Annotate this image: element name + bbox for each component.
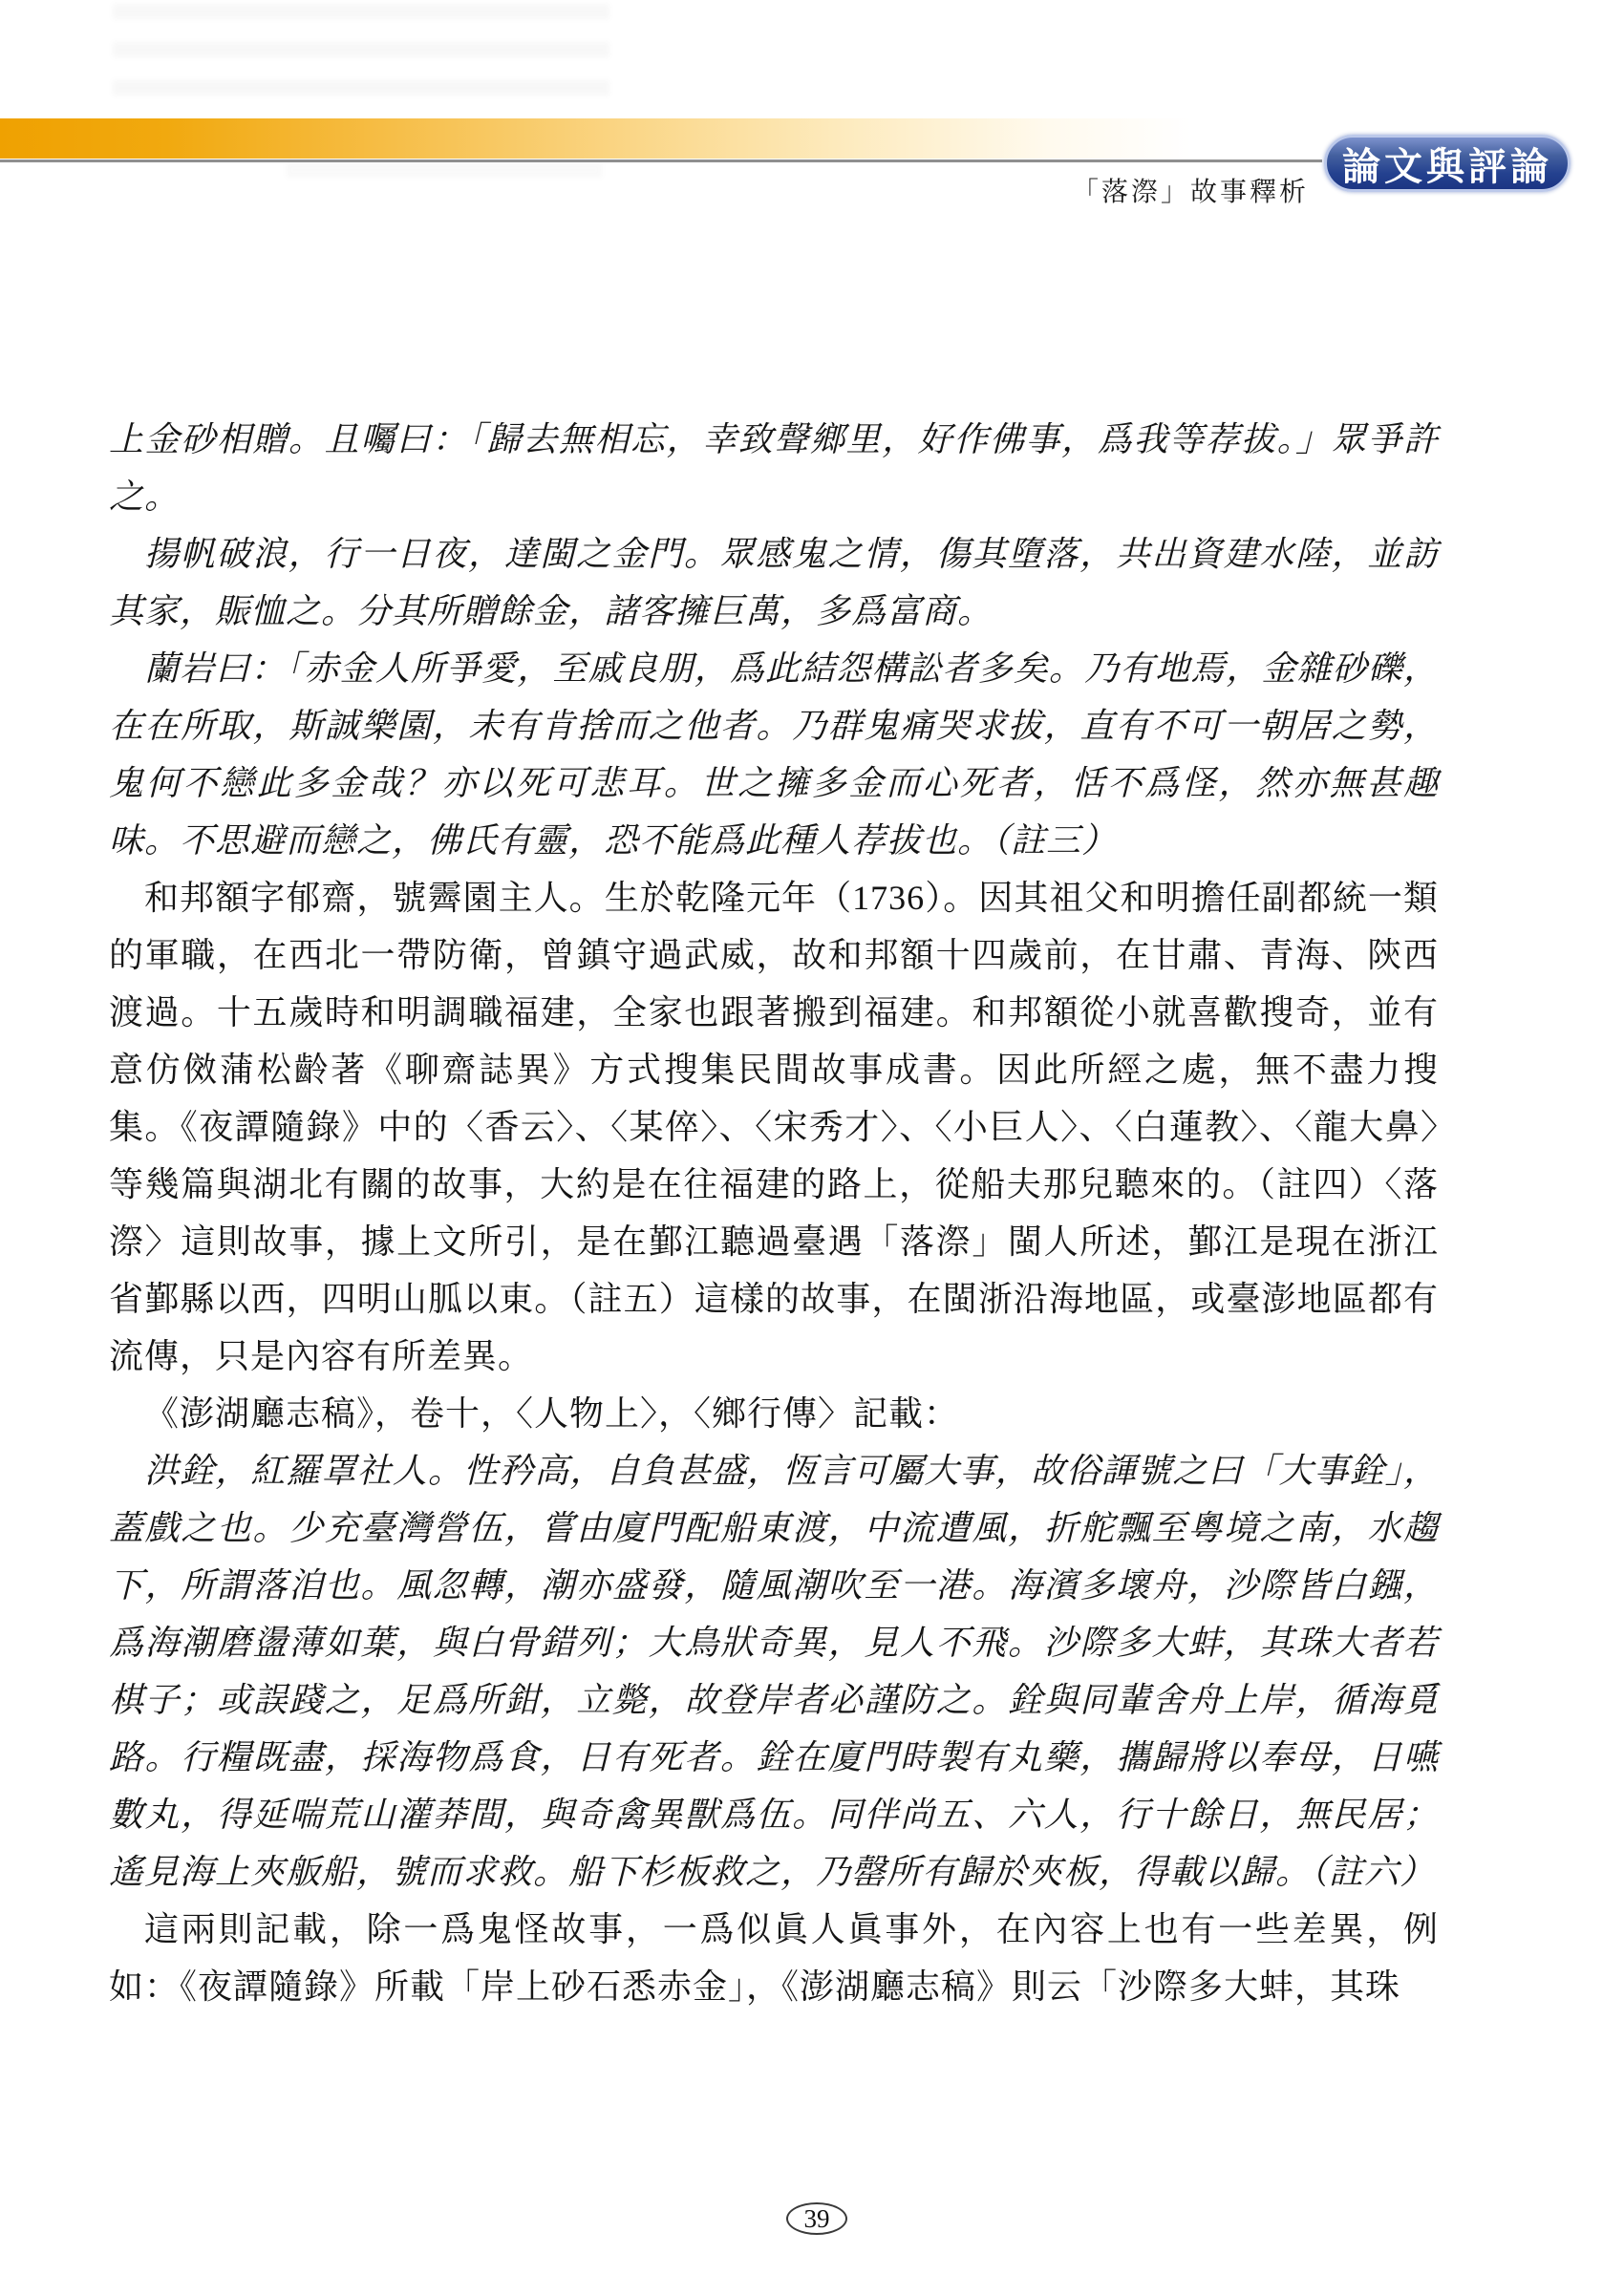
page-number: 39: [804, 2204, 830, 2234]
running-title: 「落漈」故事釋析: [1072, 171, 1309, 209]
header-gradient-bar: [0, 118, 1192, 159]
page-number-oval: 39: [786, 2202, 847, 2235]
paragraph: 揚帆破浪，行一日夜，達閩之金門。眾感鬼之情，傷其墮落，共出資建水陸，並訪其家，賑…: [109, 525, 1439, 640]
paragraph: 這兩則記載，除一爲鬼怪故事，一爲似眞人眞事外，在內容上也有一些差異，例如：《夜譚…: [109, 1901, 1439, 2015]
paragraph: 《澎湖廳志稿》，卷十，〈人物上〉，〈鄉行傳〉記載：: [109, 1385, 1439, 1442]
header-rule: [0, 159, 1322, 162]
paragraph: 上金砂相贈。且囑曰：「歸去無相忘，幸致聲鄉里，好作佛事，爲我等荐拔。」眾爭許之。: [109, 411, 1439, 525]
body-text: 上金砂相贈。且囑曰：「歸去無相忘，幸致聲鄉里，好作佛事，爲我等荐拔。」眾爭許之。…: [109, 411, 1439, 2015]
category-badge: 論文與評論: [1324, 135, 1571, 192]
paragraph: 蘭岩曰：「赤金人所爭愛，至戚良朋，爲此結怨構訟者多矣。乃有地焉，金雜砂礫，在在所…: [109, 640, 1439, 869]
bleed-through-artifact: [113, 4, 609, 111]
paragraph: 洪銓，紅羅罩社人。性矜高，自負甚盛，恆言可屬大事，故俗諢號之曰「大事銓」，蓋戲之…: [109, 1442, 1439, 1901]
paragraph: 和邦額字郁齋，號霽園主人。生於乾隆元年（1736）。因其祖父和明擔任副都統一類的…: [109, 869, 1439, 1385]
category-badge-label: 論文與評論: [1342, 137, 1552, 191]
